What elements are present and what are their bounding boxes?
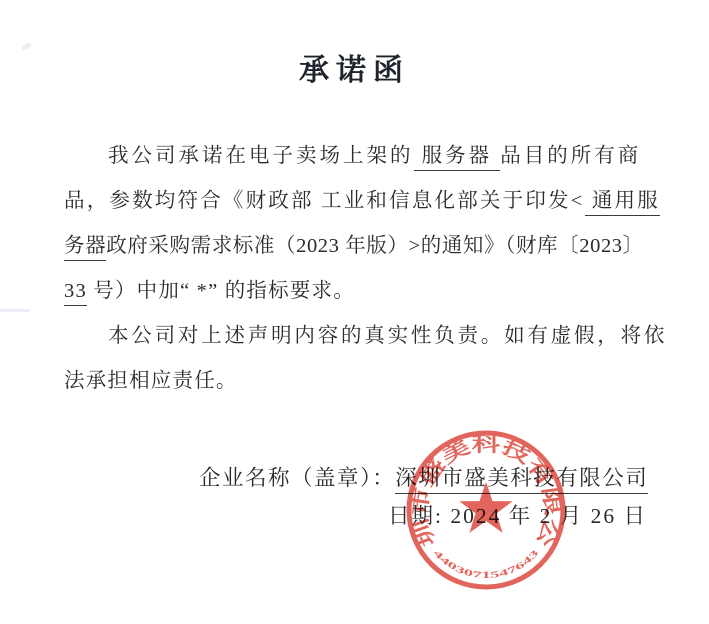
- seal-code-text: 4403071547643: [432, 547, 541, 580]
- company-name-label: 企业名称（盖章）：: [199, 466, 395, 490]
- scanned-commitment-letter: 承诺函 我公司承诺在电子卖场上架的 服务器 品目的所有商 品，参数均符合《财政部…: [0, 0, 709, 624]
- body-text: 政府采购需求标准（2023 年版）>的通知》（财库〔2023〕: [106, 235, 644, 257]
- body-line: 法承担相应责任。: [64, 359, 647, 404]
- body-line: 我公司承诺在电子卖场上架的 服务器 品目的所有商: [64, 134, 647, 179]
- body-text: 法承担相应责任。: [64, 370, 238, 392]
- body-text: 我公司承诺在电子卖场上架的: [108, 145, 414, 167]
- body-line: 品，参数均符合《财政部 工业和信息化部关于印发< 通用服: [64, 179, 647, 224]
- scan-artifact-line: [0, 309, 30, 312]
- underlined-standard-name: 通用服: [585, 190, 660, 216]
- body-text: 品目的所有商: [500, 145, 641, 167]
- body-line: 33 号）中加“ *” 的指标要求。: [64, 269, 647, 314]
- body-text: 号）中加“ *” 的指标要求。: [87, 280, 355, 302]
- body-text: 本公司对上述声明内容的真实性负责。如有虚假，将依: [108, 325, 667, 347]
- body-line: 本公司对上述声明内容的真实性负责。如有虚假，将依: [64, 314, 647, 359]
- signature-company-line: 企业名称（盖章）：深圳市盛美科技有限公司: [199, 461, 648, 492]
- body-text: 品，参数均符合《财政部 工业和信息化部关于印发<: [64, 190, 585, 212]
- document-title: 承诺函: [0, 50, 709, 92]
- underlined-standard-name: 务器: [64, 235, 106, 261]
- signature-date-line: 日期: 2024 年 2 月 26 日: [388, 499, 647, 530]
- body-line: 务器政府采购需求标准（2023 年版）>的通知》（财库〔2023〕: [64, 224, 647, 269]
- underlined-field-category: 服务器: [414, 145, 501, 171]
- company-name-value: 深圳市盛美科技有限公司: [395, 466, 648, 494]
- document-body: 我公司承诺在电子卖场上架的 服务器 品目的所有商 品，参数均符合《财政部 工业和…: [64, 134, 647, 404]
- underlined-doc-number: 33: [64, 280, 87, 306]
